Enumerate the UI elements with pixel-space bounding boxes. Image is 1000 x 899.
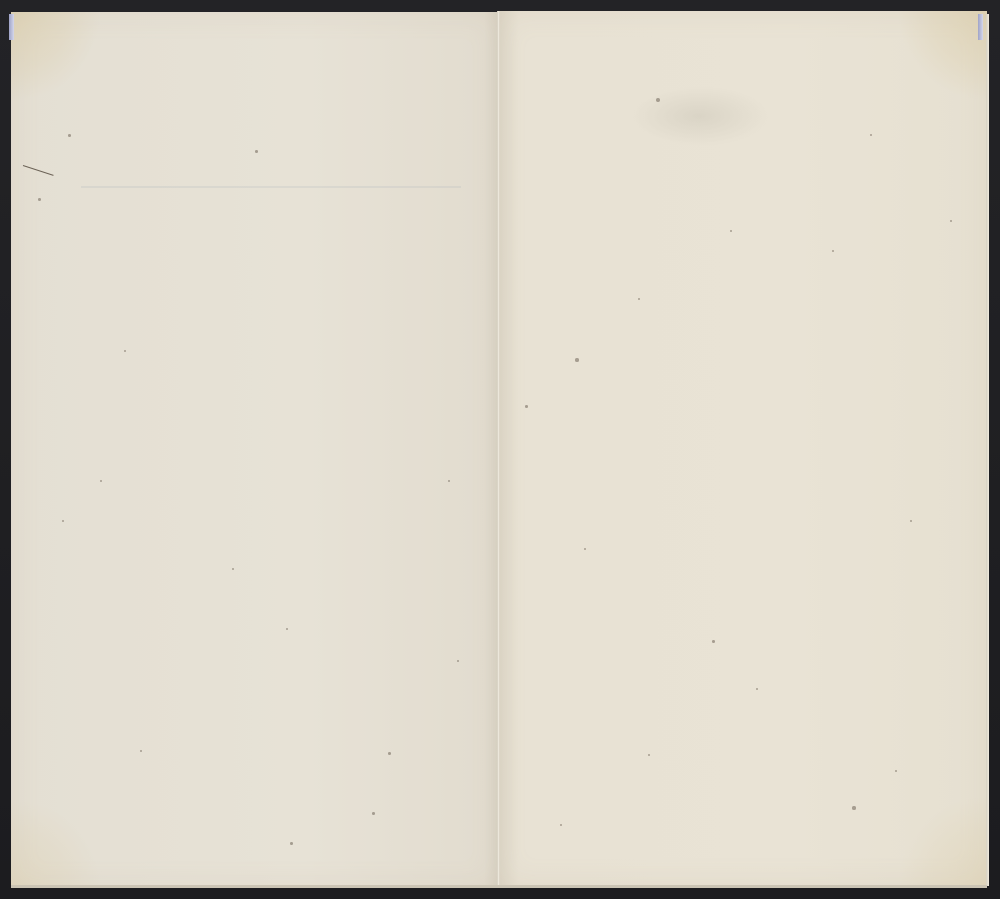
corner-stain-top-left <box>11 12 101 102</box>
paper-speck <box>68 134 71 137</box>
paper-speck <box>255 150 258 153</box>
paper-speck <box>100 480 102 482</box>
paper-speck <box>832 250 834 252</box>
paper-speck <box>140 750 142 752</box>
edge-tab-left <box>9 14 14 40</box>
paper-speck <box>895 770 897 772</box>
paper-speck <box>638 298 640 300</box>
paper-speck <box>448 480 450 482</box>
paper-speck <box>584 548 586 550</box>
faint-bleedthrough-stamp <box>629 86 769 146</box>
paper-speck <box>852 806 856 810</box>
page-edge-bottom <box>11 885 987 888</box>
paper-speck <box>38 198 41 201</box>
book-gutter <box>497 11 500 888</box>
corner-stain-bottom-right <box>897 795 987 885</box>
paper-speck <box>712 640 715 643</box>
left-page <box>11 12 499 888</box>
corner-stain-top-right <box>897 11 987 101</box>
paper-speck <box>756 688 758 690</box>
paper-speck <box>290 842 293 845</box>
paper-speck <box>388 752 391 755</box>
paper-speck <box>286 628 288 630</box>
page-edge-right <box>986 14 989 886</box>
corner-stain-bottom-left <box>11 798 101 888</box>
paper-speck <box>910 520 912 522</box>
paper-speck <box>62 520 64 522</box>
paper-speck <box>950 220 952 222</box>
paper-speck <box>648 754 650 756</box>
paper-speck <box>124 350 126 352</box>
paper-speck <box>730 230 732 232</box>
paper-speck <box>372 812 375 815</box>
right-page <box>499 11 987 885</box>
edge-tab-right <box>978 14 983 40</box>
paper-speck <box>525 405 528 408</box>
paper-speck <box>457 660 459 662</box>
paper-speck <box>232 568 234 570</box>
faint-bleedthrough-line <box>81 186 461 188</box>
paper-speck <box>870 134 872 136</box>
paper-speck <box>575 358 579 362</box>
paper-speck <box>560 824 562 826</box>
